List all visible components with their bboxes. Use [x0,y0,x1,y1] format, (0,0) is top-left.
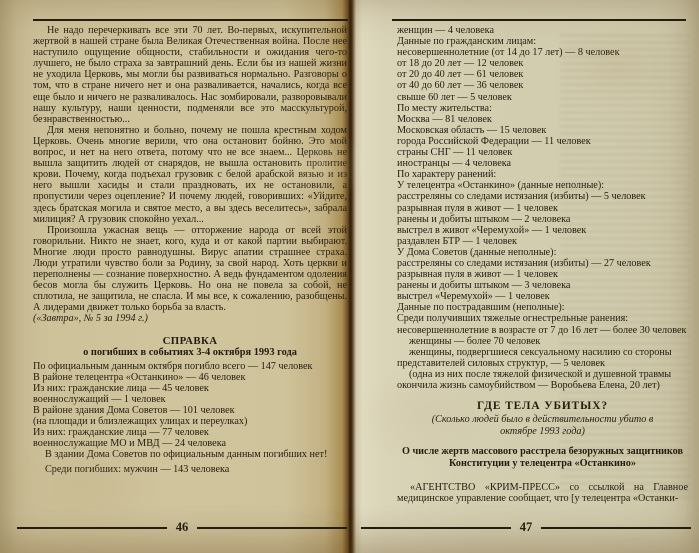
statistic-line: ранены и добиты штыком — 3 человека [397,280,688,291]
reference-subtitle: о погибших в событиях 3-4 октября 1993 г… [33,347,347,360]
book-spread: Не надо перечеркивать все эти 70 лет. Во… [0,0,699,553]
statistic-line: выстрел в живот «Черемухой» — 1 человек [397,225,688,236]
statistic-line: разрывная пуля в живот — 1 человек [397,269,688,280]
statistic-line: (одна из них после тяжелой физической и … [397,369,688,391]
statistic-line: иностранцы — 4 человека [397,158,688,169]
statistic-line: По характеру ранений: [397,169,688,180]
statistic-line: страны СНГ — 11 человек [397,147,688,158]
statistic-line: Москва — 81 человек [397,114,688,125]
paragraph: Не надо перечеркивать все эти 70 лет. Во… [33,25,347,125]
statistic-line: У телецентра «Останкино» (данные неполны… [397,180,688,191]
statistic-line: от 40 до 60 лет — 36 человек [397,80,688,91]
statistic-line: женщины — более 70 человек [397,336,688,347]
left-page-text-column: Не надо перечеркивать все эти 70 лет. Во… [33,25,347,519]
reference-line: военнослужащий — 1 человек [33,394,347,405]
statistic-line: раздавлен БТР — 1 человек [397,236,688,247]
reference-line: военнослужащие МО и МВД — 24 человека [33,438,347,449]
paragraph: Произошла ужасная вещь — отторжение наро… [33,225,347,314]
reference-line: В районе здания Дома Советов — 101 челов… [33,405,347,416]
statistic-line: По месту жительства: [397,103,688,114]
where-bodies-title: ГДЕ ТЕЛА УБИТЫХ? [397,400,688,413]
statistic-line: Среди получивших тяжелые огнестрельные р… [397,313,688,324]
statistic-line: Данные по гражданским лицам: [397,36,688,47]
statistic-line: несовершеннолетние в возрасте от 7 до 16… [397,325,688,336]
right-page-number: 47 [520,521,533,534]
left-page-folio: 46 [17,521,347,534]
statistic-line: Данные по пострадавшим (неполные): [397,302,688,313]
reference-line: (на площади и близлежащих улицах и переу… [33,416,347,427]
folio-rule-left [361,527,511,529]
where-bodies-subtitle: (Сколько людей было в действительности у… [425,414,661,437]
statistic-line: ранены и добиты штыком — 2 человека [397,214,688,225]
reference-line: Из них: гражданские лица — 77 человек [33,427,347,438]
statistic-line: от 18 до 20 лет — 12 человек [397,58,688,69]
agency-paragraph: «АГЕНТСТВО «КРИМ-ПРЕСС» со ссылкой на Гл… [397,482,688,504]
left-page-number: 46 [176,521,189,534]
right-page-folio: 47 [361,521,691,534]
statistic-line: женщины, подвергшиеся сексуальному насил… [397,347,688,369]
paragraph: Для меня непонятно и больно, почему не п… [33,125,347,225]
folio-rule-left [17,527,167,529]
statistic-line: У Дома Советов (данные неполные): [397,247,688,258]
statistic-line: от 20 до 40 лет — 61 человек [397,69,688,80]
right-page-top-rule [392,19,686,21]
reference-line: В районе телецентра «Останкино» — 46 чел… [33,372,347,383]
section-heading: О числе жертв массового расстрела безору… [397,446,688,470]
statistic-line: выстрел «Черемухой» — 1 человек [397,291,688,302]
statistic-line: расстреляны со следами истязания (избиты… [397,258,688,269]
statistic-line: женщин — 4 человека [397,25,688,36]
right-page-text-column: женщин — 4 человека Данные по граждански… [392,25,688,519]
reference-line: По официальным данным октября погибло вс… [33,361,347,372]
statistic-line: Московская область — 15 человек [397,125,688,136]
source-citation: («Завтра», № 5 за 1994 г.) [33,313,347,324]
statistic-line: города Российской Федерации — 11 человек [397,136,688,147]
folio-rule-right [541,527,691,529]
reference-line: В здании Дома Советов по официальным дан… [33,449,347,460]
statistic-line: расстреляны со следами истязания (избиты… [397,191,688,202]
reference-line: Среди погибших: мужчин — 143 человека [33,464,347,475]
reference-line: Из них: гражданские лица — 45 человек [33,383,347,394]
left-page-top-rule [33,19,348,21]
folio-rule-right [197,527,347,529]
statistic-line: разрывная пуля в живот — 1 человек [397,203,688,214]
statistic-line: свыше 60 лет — 5 человек [397,92,688,103]
statistic-line: несовершеннолетние (от 14 до 17 лет) — 8… [397,47,688,58]
reference-title: СПРАВКА [33,335,347,348]
